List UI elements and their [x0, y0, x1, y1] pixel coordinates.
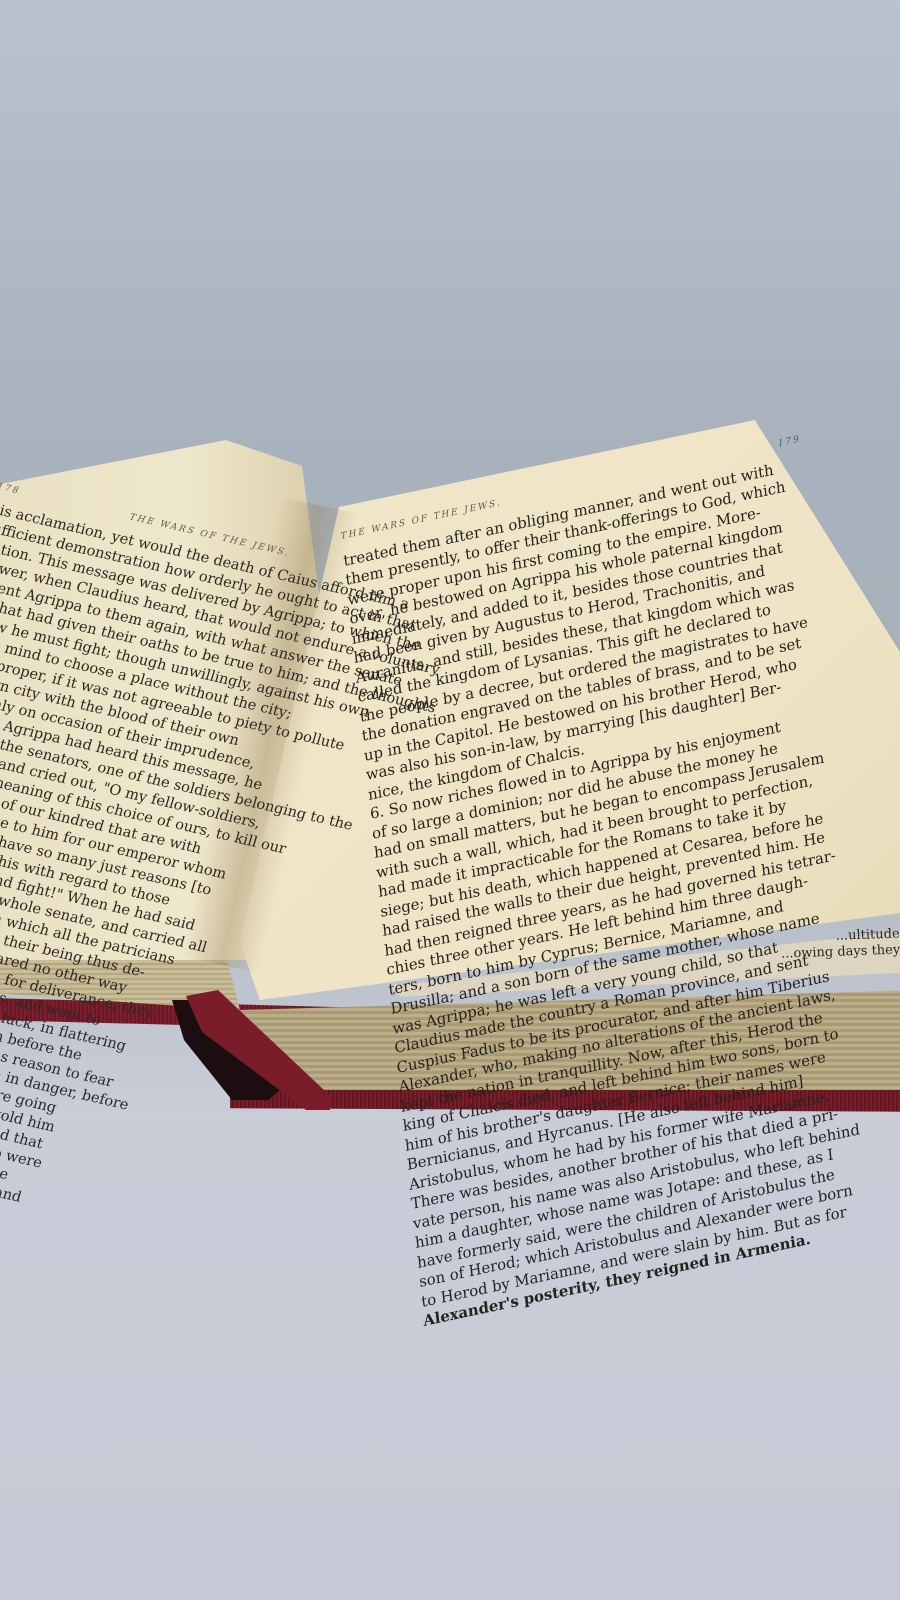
left-page-number: 178 — [0, 478, 23, 501]
right-page-text: THE WARS OF THE JEWS. 179 treated them a… — [340, 430, 884, 1331]
right-page-number: 179 — [777, 430, 802, 454]
right-page-lines: treated them after an obliging manner, a… — [342, 454, 884, 1332]
book-photo-scene: ...ultitude ...owing days they 178 THE W… — [0, 0, 900, 1600]
